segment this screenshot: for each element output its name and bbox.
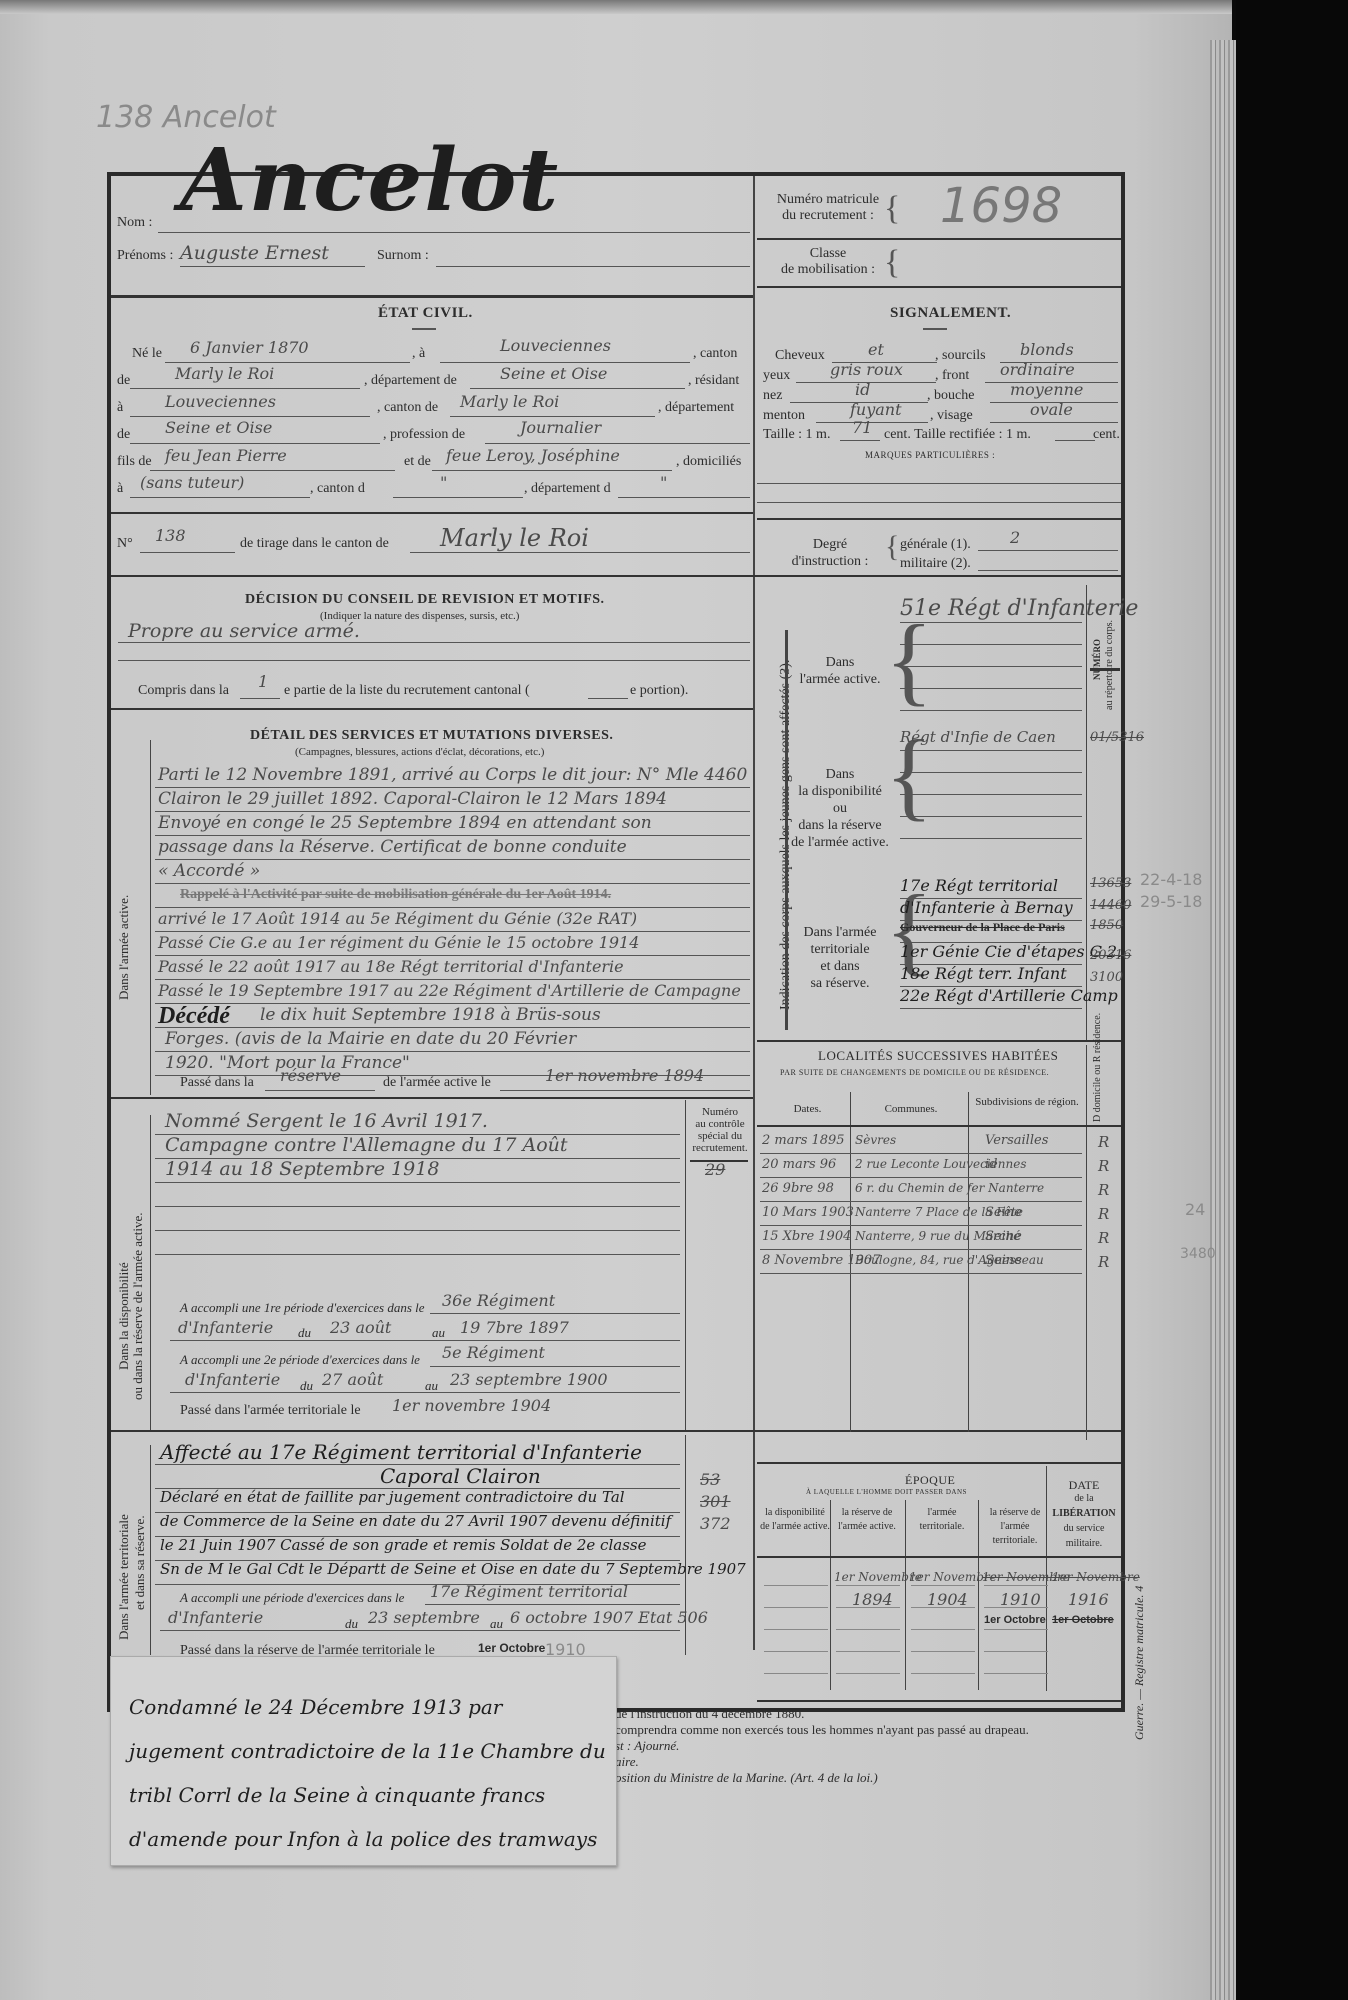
underline (618, 497, 750, 498)
underline (425, 1604, 680, 1605)
underline (432, 470, 672, 471)
dr-divider (1086, 1045, 1087, 1440)
section-divider (757, 518, 1121, 520)
controle-header-line: au contrôle (690, 1118, 750, 1130)
territoriale-line: Sn de M le Gal Cdt le Départt de Seine e… (160, 1560, 746, 1578)
profession-value: Journalier (520, 418, 601, 437)
domicile-departement-value: " (660, 473, 667, 492)
taille-value: 71 (852, 418, 872, 437)
scan-background (1236, 0, 1348, 2000)
underline (978, 550, 1118, 551)
terr-affectation: 1er Génie Cie d'étapes G.2. (900, 942, 1122, 961)
service-line: Passé Cie G.e au 1er régiment du Génie l… (158, 933, 639, 952)
terr-affectation: d'Infanterie à Bernay (900, 898, 1073, 917)
underline (155, 1003, 750, 1004)
bracket-line (150, 740, 151, 1095)
underline (430, 1313, 680, 1314)
underline (764, 1629, 828, 1630)
underline (911, 1607, 975, 1608)
underline (265, 1090, 375, 1091)
epoque-header-rule (757, 1556, 1121, 1558)
underline (500, 1090, 750, 1091)
struck-printed-affectation: Gouverneur de la Place de Paris (900, 920, 1065, 935)
note-line: tribl Corrl de la Seine à cinquante fran… (129, 1783, 545, 1807)
compris-label: Compris dans la (138, 683, 229, 699)
cheveux-value: et (868, 340, 884, 359)
underline (240, 698, 280, 699)
section-divider (111, 1097, 753, 1099)
de2-label: de (117, 427, 130, 443)
service-line: Envoyé en congé le 25 Septembre 1894 en … (158, 813, 652, 833)
underline (836, 1585, 900, 1586)
services-side-label: Dans l'armée active. (116, 895, 132, 1000)
underline (170, 1340, 680, 1341)
disponibilite-line: Nommé Sergent le 16 Avril 1917. (165, 1110, 488, 1132)
underline (410, 552, 750, 553)
residant-departement-value: Seine et Oise (165, 418, 272, 437)
underline (155, 955, 750, 956)
service-line: arrivé le 17 Août 1914 au 5e Régiment du… (158, 909, 637, 928)
localites-pencil-2: 3480 (1180, 1246, 1216, 1262)
underline (911, 1585, 975, 1586)
prenoms-underline (180, 266, 365, 267)
underline (155, 979, 750, 980)
prenoms-value: Auguste Ernest (180, 242, 329, 264)
bracket-line (785, 630, 788, 1030)
repertoire-number: 1850 (1090, 918, 1123, 933)
passe-value: réserve (280, 1066, 341, 1085)
section-divider (111, 512, 753, 514)
dispo-label-4: dans la réserve (790, 818, 890, 834)
nez-label: nez (763, 388, 782, 404)
repertoire-number: 13653 (1090, 876, 1131, 891)
matricule-label-2: du recrutement : (768, 208, 888, 224)
section-divider (757, 1040, 1121, 1042)
sourcils-value: blonds (1020, 340, 1074, 359)
nom-underline (158, 232, 750, 233)
epoque-header: la réserve de l'armée territoriale. (980, 1506, 1050, 1548)
territoriale-line: de Commerce de la Seine en date du 27 Av… (160, 1512, 671, 1530)
matricule-divider (757, 238, 1121, 240)
underline (764, 1673, 828, 1674)
passe-label-2: de l'armée active le (383, 1075, 491, 1091)
liberation-header-line: LIBÉRATION (1050, 1508, 1118, 1519)
underline (155, 787, 750, 788)
liberation-header-line: DATE (1050, 1478, 1118, 1493)
controle-number: 301 (700, 1492, 731, 1511)
generale-label: générale (1). (900, 537, 971, 553)
repertoire-number: 14460 (1090, 898, 1131, 913)
militaire-label: militaire (2). (900, 556, 971, 572)
epoque-header: la réserve de l'armée active. (832, 1506, 902, 1534)
localite-subdivision: Seine (985, 1253, 1022, 1268)
section-divider (111, 1430, 1121, 1432)
visage-label: , visage (930, 408, 973, 424)
front-value: ordinaire (1000, 360, 1075, 379)
departement-value: Seine et Oise (500, 364, 607, 383)
liberation-line1: 1er Novembre (1052, 1570, 1140, 1584)
underline (764, 1585, 828, 1586)
repertoire-number: 01/5316 (1090, 730, 1144, 745)
classe-label-1: Classe (768, 246, 888, 262)
decision-text: Propre au service armé. (128, 620, 360, 642)
underline (900, 644, 1082, 645)
affectations-pencil-1: 22-4-18 (1140, 870, 1202, 889)
portion-label: e portion). (630, 683, 688, 699)
periode1-au: 19 7bre 1897 (460, 1318, 569, 1337)
localite-date: 26 9bre 98 (762, 1181, 834, 1196)
dispo-affectation: Régt d'Infie de Caen (900, 728, 1056, 746)
marques-label: MARQUES PARTICULIÈRES : (865, 450, 995, 460)
liberation-header-line: militaire. (1050, 1538, 1118, 1549)
underline (155, 835, 750, 836)
underline (900, 1008, 1082, 1009)
domicile-canton-value: " (440, 473, 447, 492)
repertoire-number: 20316 (1090, 948, 1131, 963)
periode1-corps-1: 36e Régiment (442, 1291, 555, 1310)
surnom-label: Surnom : (377, 248, 429, 264)
section-divider (757, 1700, 1121, 1702)
underline (140, 552, 235, 553)
etat-civil-title: ÉTAT CIVIL. (378, 305, 473, 322)
territoriale-date: 1er novembre 1904 (392, 1396, 551, 1415)
prenoms-label: Prénoms : (117, 248, 173, 264)
underline (990, 422, 1118, 423)
territoriale-line: Caporal Clairon (380, 1464, 541, 1488)
terr-affectation: 22e Régt d'Artillerie Camp (900, 986, 1118, 1005)
repertoire-divider (1086, 585, 1087, 1040)
footnote-line: st : Ajourné. (615, 1738, 679, 1754)
residant-label: , résidant (688, 373, 739, 389)
tirage-label: de tirage dans le canton de (240, 536, 389, 552)
localites-title: LOCALITÉS SUCCESSIVES HABITÉES (818, 1048, 1058, 1064)
underline (984, 1629, 1048, 1630)
signalement-title: SIGNALEMENT. (890, 305, 1011, 322)
underline (155, 811, 750, 812)
underline (900, 794, 1082, 795)
underline (130, 388, 360, 389)
classe-label-2: de mobilisation : (768, 262, 888, 278)
territoriale-line: Affecté au 17e Régiment territorial d'In… (160, 1440, 642, 1464)
visage-value: ovale (1030, 400, 1073, 419)
underline (760, 1177, 1082, 1178)
underline (836, 1651, 900, 1652)
underline (155, 1206, 680, 1207)
underline (430, 1366, 680, 1367)
disponibilite-line: 1914 au 18 Septembre 1918 (165, 1158, 439, 1180)
footnote-line: comprendra comme non exercés tous les ho… (615, 1722, 1029, 1738)
periode1-au-label: au (432, 1325, 445, 1341)
localite-date: 10 Mars 1903 (762, 1205, 854, 1220)
footnote-line: osition du Ministre de la Marine. (Art. … (615, 1770, 878, 1786)
underline (760, 1153, 1082, 1154)
territoriale-side-label-2: et dans sa réserve. (132, 1515, 148, 1610)
bouche-label: , bouche (927, 388, 974, 404)
bracket-line (150, 1115, 151, 1430)
repertoire-header-2: au répertoire du corps. (1104, 620, 1115, 710)
underline (984, 1607, 1048, 1608)
liberation-header-line: du service (1050, 1523, 1118, 1534)
domicile-value: (sans tuteur) (140, 473, 244, 492)
deces-stamp: Décédé (158, 1003, 230, 1030)
epoque-title: ÉPOQUE (905, 1473, 955, 1488)
ne-le-value: 6 Janvier 1870 (190, 338, 309, 357)
departement-label: , département de (364, 373, 457, 389)
nom-value: Ancelot (180, 130, 560, 231)
taille-label: Taille : 1 m. (763, 427, 830, 443)
residant-a-value: Louveciennes (165, 392, 276, 411)
bracket-line (150, 1445, 151, 1655)
controle-header-line: spécial du (690, 1130, 750, 1142)
dispo-label-2: la disponibilité (790, 784, 890, 800)
underline (165, 362, 410, 363)
lieu-naissance-value: Louveciennes (500, 336, 611, 355)
underline (757, 483, 1121, 484)
localites-header-rule (757, 1125, 1121, 1127)
underline (160, 1630, 680, 1631)
service-line: Passé le 19 Septembre 1917 au 22e Régime… (158, 981, 741, 1000)
matricule-value: 1698 (940, 178, 1062, 234)
deces-line: le dix huit Septembre 1918 à Brüs-sous (260, 1005, 601, 1025)
periode1-corps-2: d'Infanterie (178, 1318, 273, 1337)
localite-date: 2 mars 1895 (762, 1133, 845, 1148)
bouche-value: moyenne (1010, 380, 1083, 399)
terr-label-3: et dans (790, 959, 890, 975)
controle-header: Numéroau contrôlespécial durecrutement. (690, 1106, 750, 1154)
canton-d-label: , canton d (310, 481, 365, 497)
underline (840, 440, 880, 441)
underline (760, 1273, 1082, 1274)
tirage-canton: Marly le Roi (440, 524, 589, 552)
underline (900, 816, 1082, 817)
active-label-1: Dans (790, 655, 890, 671)
controle-number: 372 (700, 1514, 731, 1533)
underline (155, 931, 750, 932)
dispo-label-5: de l'armée active. (790, 835, 890, 851)
underline (155, 1051, 750, 1052)
periode2-label: A accompli une 2e période d'exercices da… (180, 1352, 420, 1368)
underline (130, 416, 370, 417)
localite-commune: 6 r. du Chemin de fer Nanterre (855, 1181, 1044, 1195)
services-subtitle: (Campagnes, blessures, actions d'éclat, … (295, 746, 544, 758)
terr-label-1: Dans l'armée (790, 925, 890, 941)
canton-label: , canton (693, 346, 737, 362)
terr-periode-corps-1: 17e Régiment territorial (430, 1582, 628, 1601)
terr-periode-au-label: au (490, 1616, 503, 1632)
pere-value: feu Jean Pierre (165, 446, 287, 465)
underline (984, 1673, 1048, 1674)
underline (130, 497, 310, 498)
underline (155, 859, 750, 860)
localite-subdivision: Seine (985, 1229, 1022, 1244)
generale-value: 2 (1010, 528, 1020, 547)
services-title: DÉTAIL DES SERVICES ET MUTATIONS DIVERSE… (250, 728, 613, 744)
underline (900, 622, 1082, 623)
dispo-label-1: Dans (790, 767, 890, 783)
underline (155, 1230, 680, 1231)
note-line: Condamné le 24 Décembre 1913 par (129, 1695, 502, 1719)
instruction-label-1: Degré (780, 537, 880, 553)
liberation-stamp: 1er Octobre (1052, 1614, 1114, 1626)
localite-dr: R (1098, 1253, 1109, 1271)
residant-a-label: à (117, 400, 123, 416)
cent2-label: cent. (1093, 427, 1120, 443)
service-line: « Accordé » (158, 861, 260, 881)
localites-header-dr: D domicile ou R résidence. (1092, 1013, 1103, 1122)
sourcils-label: , sourcils (935, 348, 986, 364)
canton-de-label: , canton de (377, 400, 438, 416)
terr-periode-du-label: du (345, 1616, 358, 1632)
matricule-label-1: Numéro matricule (768, 192, 888, 208)
affectations-pencil-2: 29-5-18 (1140, 892, 1202, 911)
controle-header-line: Numéro (690, 1106, 750, 1118)
underline (984, 1651, 1048, 1652)
underline (1055, 440, 1095, 441)
service-line: Passé le 22 août 1917 au 18e Régt territ… (158, 957, 624, 976)
service-line: Parti le 12 Novembre 1891, arrivé au Cor… (158, 765, 747, 785)
underline (155, 907, 750, 908)
localite-subdivision: Seine (985, 1205, 1022, 1220)
epoque-col-divider (978, 1500, 979, 1690)
active-label-2: l'armée active. (790, 672, 890, 688)
terr-label-4: sa réserve. (790, 976, 890, 992)
partie-value: 1 (258, 672, 268, 691)
periode2-au: 23 septembre 1900 (450, 1370, 608, 1389)
decision-title: DÉCISION DU CONSEIL DE REVISION ET MOTIF… (245, 592, 605, 608)
underline (836, 1629, 900, 1630)
controle-divider (685, 1100, 686, 1430)
repertoire-header-1: NUMÉRO (1092, 639, 1102, 680)
underline (118, 660, 750, 661)
terr-periode-au: 6 octobre 1907 Etat 506 (510, 1608, 708, 1627)
localite-commune: Sèvres (855, 1133, 896, 1147)
territoriale-label: Passé dans l'armée territoriale le (180, 1403, 361, 1419)
underline (155, 1027, 750, 1028)
localite-dr: R (1098, 1205, 1109, 1223)
underline (900, 772, 1082, 773)
underline (900, 666, 1082, 667)
underline (911, 1673, 975, 1674)
terr-reserve-stamp: 1er Octobre (478, 1641, 545, 1655)
localite-date: 15 Xbre 1904 (762, 1229, 851, 1244)
terr-affectation: 18e Régt terr. Infant (900, 964, 1067, 983)
localite-date: 20 mars 96 (762, 1157, 836, 1172)
localite-dr: R (1098, 1181, 1109, 1199)
departement-d-label: , département d (524, 481, 611, 497)
localites-pencil-1: 24 (1185, 1200, 1205, 1219)
underline (450, 416, 655, 417)
nez-value: id (855, 380, 870, 399)
struck-printed-line: Rappelé à l'Activité par suite de mobili… (180, 887, 611, 903)
underline (911, 1629, 975, 1630)
localite-dr: R (1098, 1229, 1109, 1247)
underline (485, 443, 750, 444)
header-divider (111, 295, 753, 298)
epoque-stamp: 1er Octobre (984, 1614, 1046, 1626)
title-rule (923, 328, 947, 330)
canton-value: Marly le Roi (175, 364, 274, 383)
controle-header-line: recrutement. (690, 1142, 750, 1154)
underline (393, 497, 523, 498)
terr-affectation: 17e Régt territorial (900, 876, 1058, 895)
localite-dr: R (1098, 1157, 1109, 1175)
underline (155, 1182, 680, 1183)
nom-label: Nom : (117, 215, 152, 231)
domicile-a-label: à (117, 481, 123, 497)
menton-label: menton (763, 408, 805, 424)
terr-periode-label: A accompli une période d'exercices dans … (180, 1590, 404, 1606)
column-divider (753, 176, 755, 1650)
epoque-col-divider (905, 1500, 906, 1690)
disponibilite-line: Campagne contre l'Allemagne du 17 Août (165, 1134, 568, 1156)
cheveux-label: Cheveux (775, 348, 825, 364)
dispo-label-3: ou (790, 801, 890, 817)
localite-subdivision: id (985, 1157, 997, 1172)
localite-dr: R (1098, 1133, 1109, 1151)
book-spine (1210, 40, 1236, 2000)
title-rule (412, 328, 436, 330)
underline (130, 443, 380, 444)
epoque-header: l'armée territoriale. (907, 1506, 977, 1534)
menton-value: fuyant (850, 400, 902, 419)
section-divider (111, 575, 1121, 577)
localites-subtitle: PAR SUITE DE CHANGEMENTS DE DOMICILE OU … (780, 1068, 1049, 1077)
yeux-value: gris roux (830, 360, 903, 379)
ne-le-label: Né le (132, 346, 162, 362)
underline (757, 502, 1121, 503)
instruction-label-2: d'instruction : (780, 554, 880, 570)
underline (900, 688, 1082, 689)
periode2-corps-1: 5e Régiment (442, 1343, 545, 1362)
periode1-du-label: du (298, 1325, 311, 1341)
underline (155, 883, 750, 884)
epoque-col-divider (830, 1500, 831, 1690)
partie-label: e partie de la liste du recrutement cant… (284, 683, 530, 699)
passe-label: Passé dans la (180, 1075, 254, 1091)
underline (118, 642, 750, 643)
section-divider (111, 708, 753, 710)
localite-commune: 2 rue Leconte Louveciennes (855, 1157, 1027, 1171)
repertoire-rule (1090, 668, 1120, 671)
terr-label-2: territoriale (790, 942, 890, 958)
deces-line: Forges. (avis de la Mairie en date du 20… (165, 1029, 576, 1049)
note-line: d'amende pour Infon à la police des tram… (129, 1827, 597, 1851)
periode1-du: 23 août (330, 1318, 391, 1337)
periode2-au-label: au (425, 1378, 438, 1394)
territoriale-line: Déclaré en état de faillite par jugement… (160, 1488, 625, 1506)
territoriale-side-label-1: Dans l'armée territoriale (116, 1514, 132, 1640)
controle-number: 53 (700, 1470, 720, 1489)
localites-header: Dates. (765, 1103, 850, 1116)
de-label: de (117, 373, 130, 389)
disponibilite-side-label-2: ou dans la réserve de l'armée active. (130, 1213, 146, 1401)
cent-label: cent. Taille rectifiée : 1 m. (884, 427, 1031, 443)
terr-periode-corps-2: d'Infanterie (168, 1608, 263, 1627)
fils-de-label: fils de (117, 454, 152, 470)
note-line: jugement contradictoire de la 11e Chambr… (129, 1739, 606, 1763)
spine-label: Guerre. — Registre matricule. 4 (1132, 1586, 1147, 1740)
domicilies-label: , domiciliés (676, 454, 741, 470)
underline (470, 388, 685, 389)
underline (900, 750, 1082, 751)
footnote-line: aire. (615, 1754, 639, 1770)
page-top-shadow (0, 0, 1232, 14)
underline (150, 470, 395, 471)
liberation-header-line: de la (1050, 1493, 1118, 1504)
profession-label: , profession de (383, 427, 465, 443)
departement2-label: , département (658, 400, 734, 416)
periode2-corps-2: d'Infanterie (185, 1370, 280, 1389)
